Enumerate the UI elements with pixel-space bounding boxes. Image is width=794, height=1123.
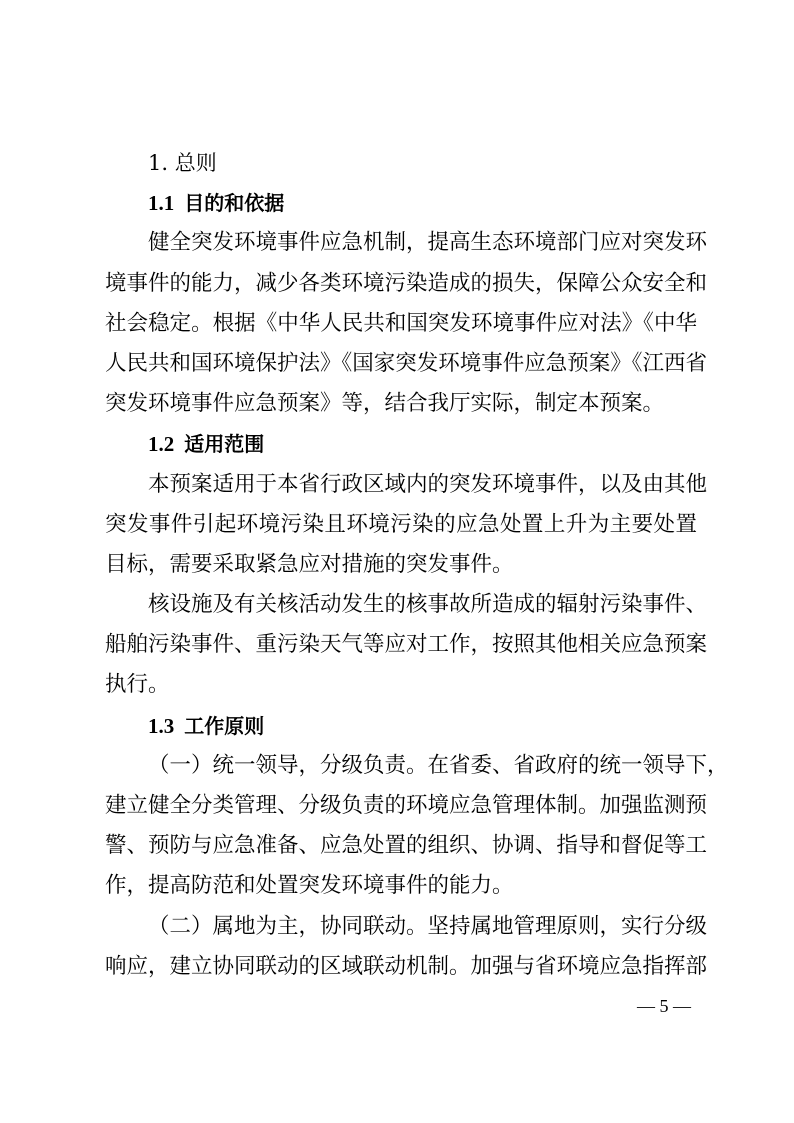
page-number: — 5 — <box>632 996 696 1017</box>
section-heading: 1. 总则 <box>105 143 697 183</box>
paragraph-line: 核设施及有关核活动发生的核事故所造成的辐射污染事件、 <box>105 585 697 625</box>
subsection-title: 适用范围 <box>184 432 264 456</box>
subsection-number: 1.2 <box>148 432 174 456</box>
subsection-title: 目的和依据 <box>184 191 284 215</box>
paragraph-line: （一）统一领导，分级负责。在省委、省政府的统一领导下， <box>105 746 697 786</box>
subsection-heading-1-3: 1.3工作原则 <box>105 706 697 746</box>
subsection-number: 1.3 <box>148 714 174 738</box>
subsection-heading-1-1: 1.1目的和依据 <box>105 183 697 223</box>
subsection-title: 工作原则 <box>184 714 264 738</box>
paragraph-line: 本预案适用于本省行政区域内的突发环境事件，以及由其他 <box>105 465 697 505</box>
paragraph-line: 执行。 <box>105 665 697 705</box>
paragraph-line: 建立健全分类管理、分级负责的环境应急管理体制。加强监测预 <box>105 786 697 826</box>
subsection-number: 1.1 <box>148 191 174 215</box>
paragraph-line: 突发事件引起环境污染且环境污染的应急处置上升为主要处置 <box>105 505 697 545</box>
paragraph-line: （二）属地为主，协同联动。坚持属地管理原则，实行分级 <box>105 907 697 947</box>
paragraph-line: 作，提高防范和处置突发环境事件的能力。 <box>105 866 697 906</box>
paragraph-line: 响应，建立协同联动的区域联动机制。加强与省环境应急指挥部 <box>105 947 697 987</box>
paragraph-line: 健全突发环境事件应急机制，提高生态环境部门应对突发环 <box>105 223 697 263</box>
paragraph-line: 目标，需要采取紧急应对措施的突发事件。 <box>105 545 697 585</box>
paragraph-line: 警、预防与应急准备、应急处置的组织、协调、指导和督促等工 <box>105 826 697 866</box>
paragraph-line: 社会稳定。根据《中华人民共和国突发环境事件应对法》《中华 <box>105 304 697 344</box>
paragraph-line: 船舶污染事件、重污染天气等应对工作，按照其他相关应急预案 <box>105 625 697 665</box>
document-page: 1. 总则 1.1目的和依据 健全突发环境事件应急机制，提高生态环境部门应对突发… <box>105 143 697 987</box>
paragraph-line: 人民共和国环境保护法》《国家突发环境事件应急预案》《江西省 <box>105 344 697 384</box>
paragraph-line: 境事件的能力，减少各类环境污染造成的损失，保障公众安全和 <box>105 264 697 304</box>
subsection-heading-1-2: 1.2适用范围 <box>105 424 697 464</box>
paragraph-line: 突发环境事件应急预案》等，结合我厅实际，制定本预案。 <box>105 384 697 424</box>
